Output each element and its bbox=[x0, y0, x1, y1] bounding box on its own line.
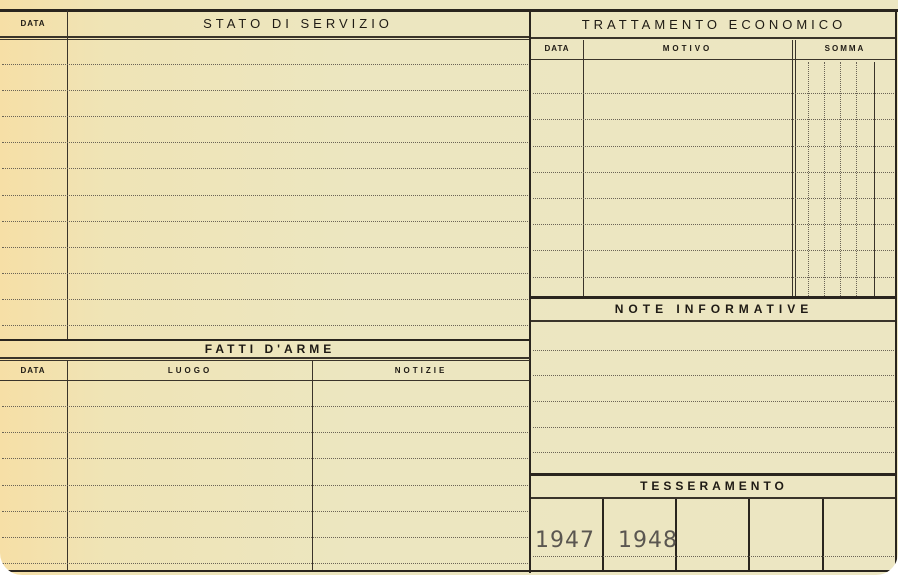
row-line bbox=[2, 563, 528, 564]
note-top-rule bbox=[531, 296, 895, 299]
stato-header-rule-2 bbox=[0, 39, 530, 40]
right-border bbox=[895, 10, 897, 572]
tessera-year-1: 1947 bbox=[535, 528, 595, 553]
row-line bbox=[2, 247, 528, 248]
tratt-date-divider bbox=[583, 40, 584, 296]
row-line bbox=[533, 375, 894, 376]
row-line bbox=[2, 221, 528, 222]
somma-digit-line bbox=[824, 62, 825, 296]
tratt-motivo-divider bbox=[792, 40, 793, 296]
fatti-date-divider bbox=[67, 360, 68, 572]
fatti-col-notizie: NOTIZIE bbox=[314, 366, 528, 375]
note-informative-title: NOTE INFORMATIVE bbox=[533, 302, 895, 316]
row-line bbox=[533, 224, 894, 225]
somma-digit-line bbox=[808, 62, 809, 296]
trattamento-economico-title: TRATTAMENTO ECONOMICO bbox=[533, 17, 895, 32]
tratt-motivo-divider-2 bbox=[795, 40, 796, 296]
stato-date-divider bbox=[67, 10, 68, 340]
service-record-card: DATA STATO DI SERVIZIO FATTI D'ARME DATA… bbox=[0, 0, 898, 575]
row-line bbox=[2, 116, 528, 117]
tessera-year-2: 1948 bbox=[618, 528, 678, 553]
fatti-header-rule bbox=[0, 380, 530, 381]
tesseramento-title: TESSERAMENTO bbox=[533, 479, 895, 493]
tesseramento-title-rule bbox=[531, 497, 895, 499]
tesseramento-top-rule bbox=[531, 473, 895, 476]
row-line bbox=[2, 64, 528, 65]
fatti-col-luogo: LUOGO bbox=[68, 366, 312, 375]
row-line bbox=[2, 142, 528, 143]
row-line bbox=[2, 458, 528, 459]
row-line bbox=[2, 168, 528, 169]
row-line bbox=[2, 90, 528, 91]
row-line bbox=[2, 273, 528, 274]
tessera-divider bbox=[602, 499, 604, 570]
row-line bbox=[2, 432, 528, 433]
row-line bbox=[2, 325, 528, 326]
row-line bbox=[533, 427, 894, 428]
tessera-divider bbox=[748, 499, 750, 570]
somma-decimal-line bbox=[874, 62, 875, 296]
row-line bbox=[2, 406, 528, 407]
row-line bbox=[533, 250, 894, 251]
center-divider bbox=[529, 10, 531, 573]
note-title-rule bbox=[531, 320, 895, 322]
tratt-col-motivo: MOTIVO bbox=[585, 44, 790, 53]
tratt-header-rule bbox=[531, 59, 895, 60]
row-line bbox=[2, 511, 528, 512]
tessera-baseline bbox=[533, 556, 894, 557]
row-line bbox=[533, 172, 894, 173]
stato-header-rule bbox=[0, 36, 530, 38]
row-line bbox=[2, 485, 528, 486]
fatti-top-rule bbox=[0, 339, 530, 341]
fatti-luogo-divider bbox=[312, 360, 313, 572]
fatti-darme-title: FATTI D'ARME bbox=[60, 342, 480, 356]
stato-servizio-title: STATO DI SERVIZIO bbox=[68, 16, 528, 31]
tratt-col-data: DATA bbox=[533, 44, 581, 53]
row-line bbox=[533, 146, 894, 147]
stato-data-header: DATA bbox=[0, 19, 66, 28]
fatti-col-data: DATA bbox=[0, 366, 66, 375]
tessera-divider bbox=[822, 499, 824, 570]
row-line bbox=[2, 299, 528, 300]
tratt-col-somma: SOMMA bbox=[796, 44, 894, 53]
somma-digit-line bbox=[840, 62, 841, 296]
row-line bbox=[533, 350, 894, 351]
row-line bbox=[533, 277, 894, 278]
somma-digit-line bbox=[856, 62, 857, 296]
row-line bbox=[533, 119, 894, 120]
row-line bbox=[533, 198, 894, 199]
row-line bbox=[533, 452, 894, 453]
fatti-title-rule bbox=[0, 357, 530, 359]
bottom-border bbox=[8, 570, 896, 572]
trattamento-title-rule bbox=[531, 37, 895, 39]
top-border bbox=[0, 9, 898, 12]
row-line bbox=[2, 537, 528, 538]
row-line bbox=[533, 401, 894, 402]
fatti-title-rule-2 bbox=[0, 360, 530, 361]
row-line bbox=[2, 195, 528, 196]
row-line bbox=[533, 93, 894, 94]
